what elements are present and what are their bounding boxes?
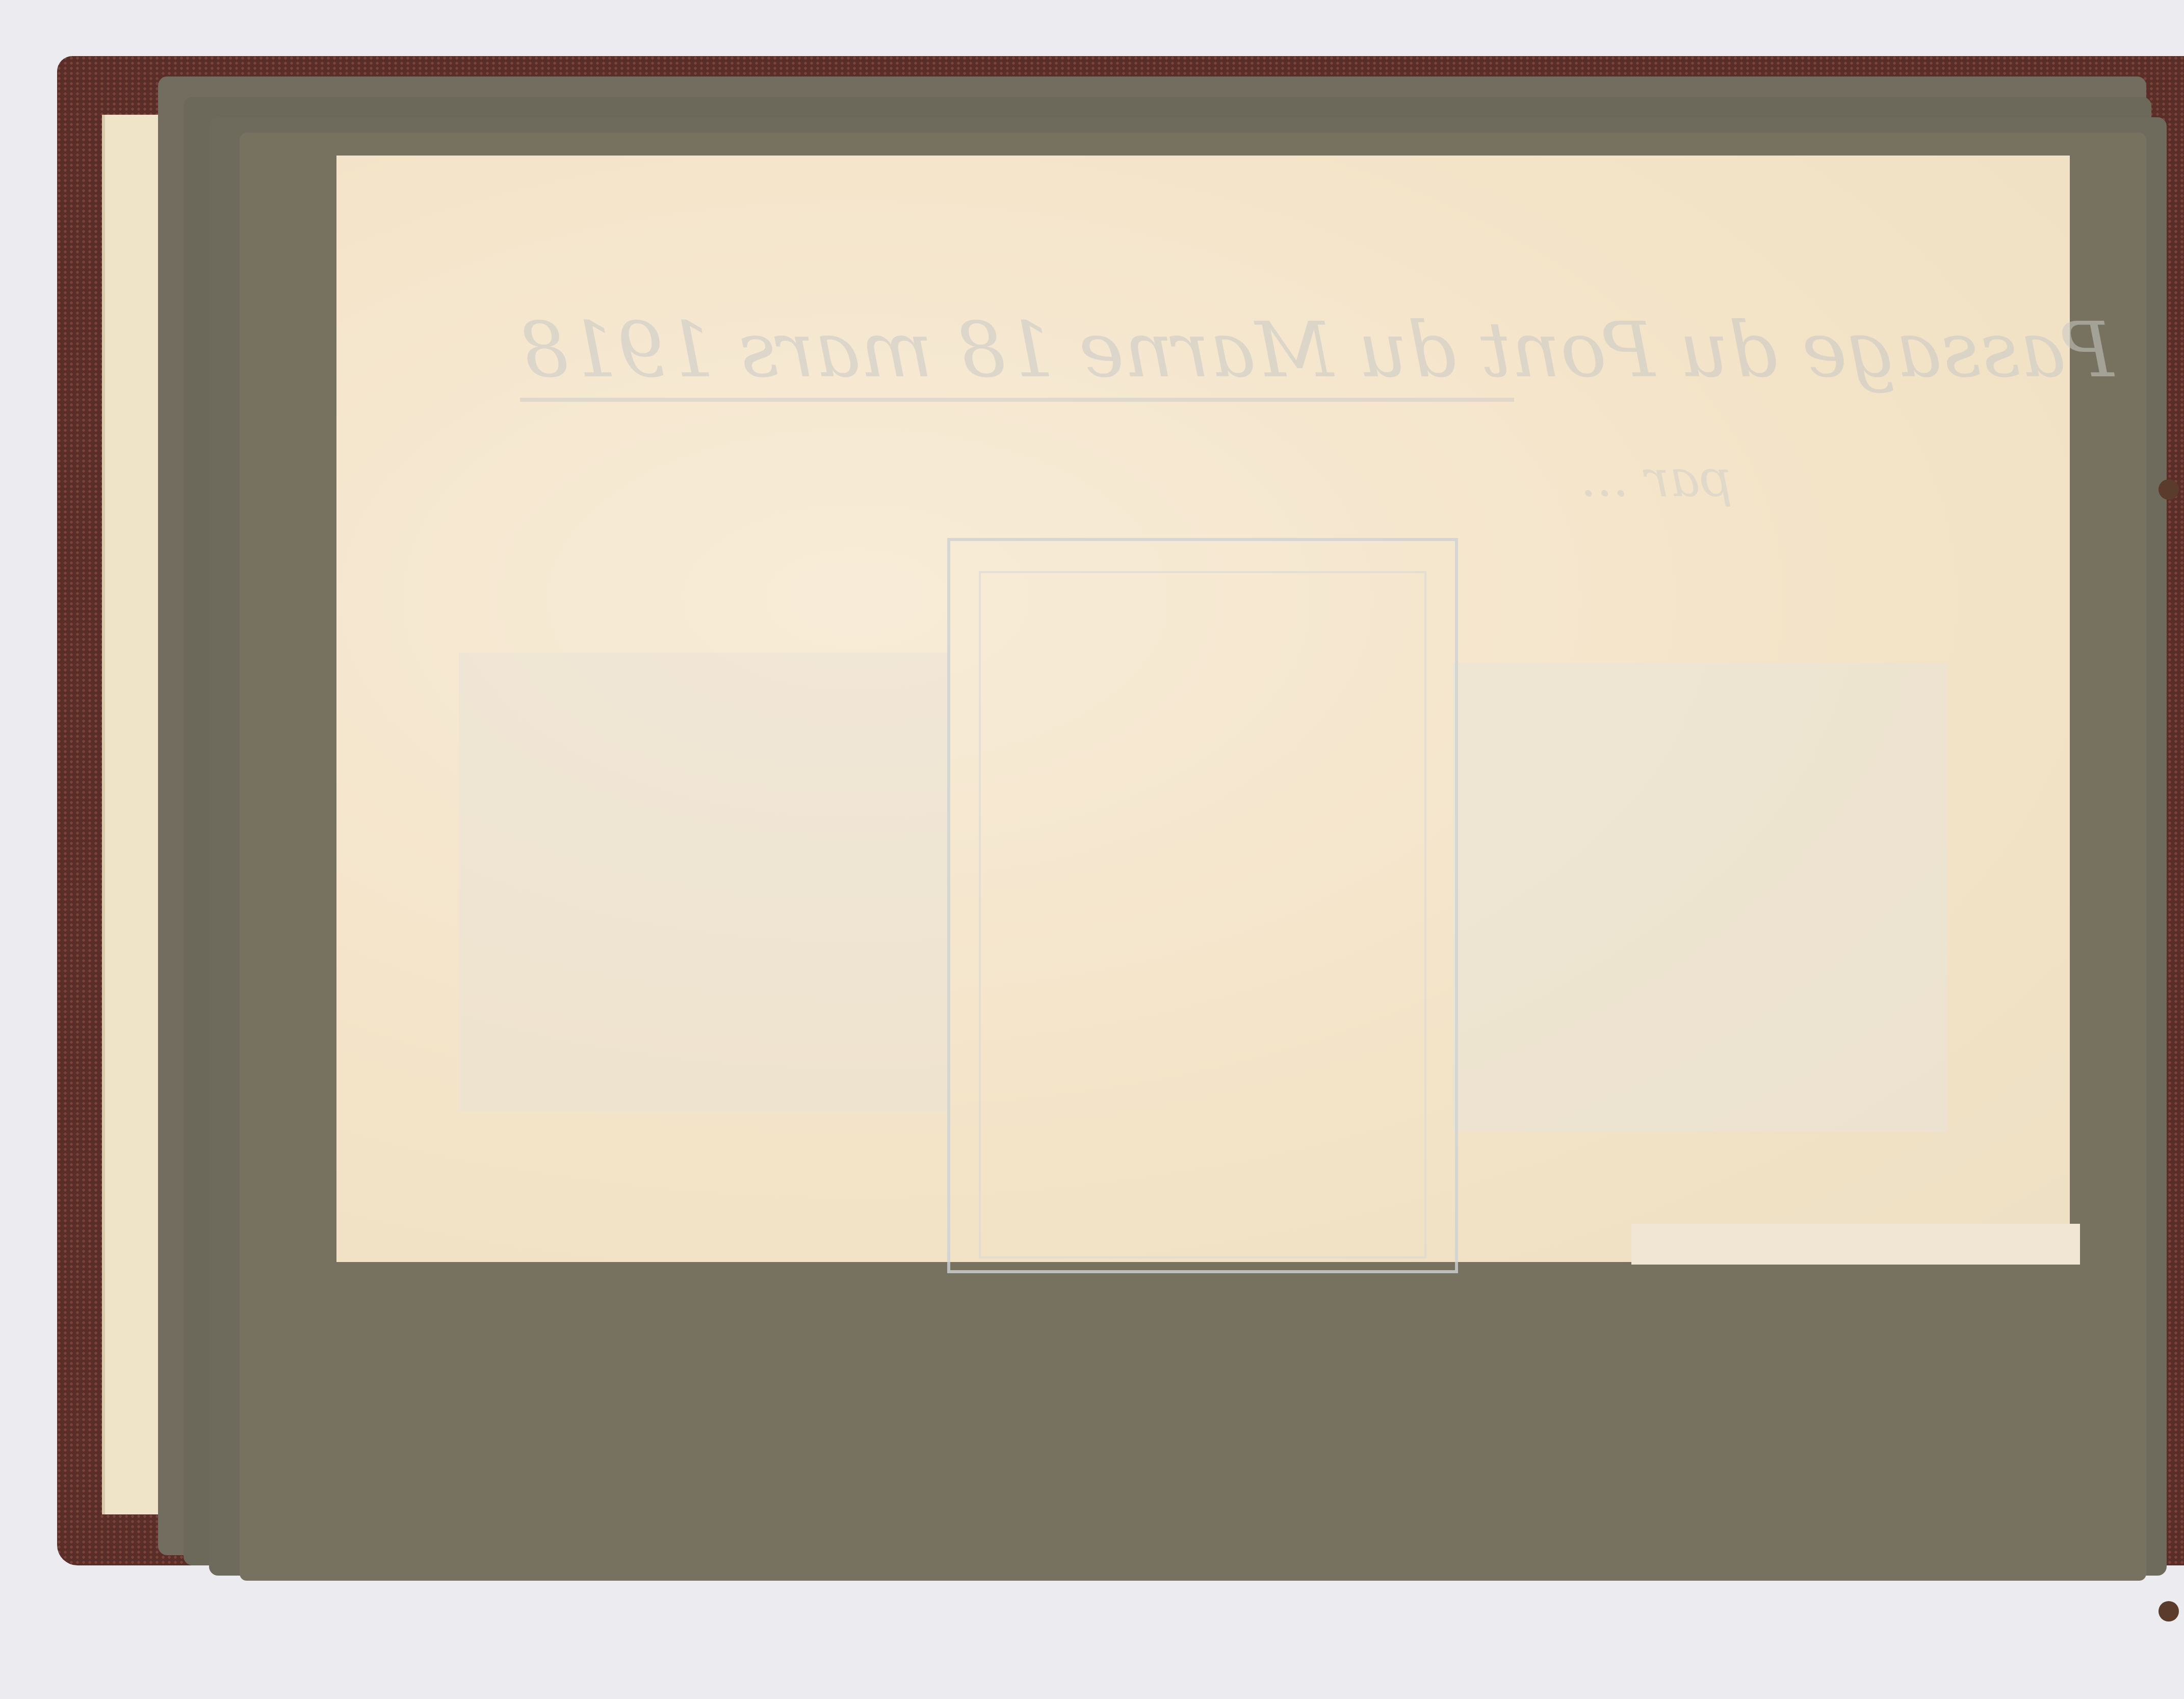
- ghost-subcaption: par ...: [1580, 449, 1733, 508]
- binding-ring-icon: [2159, 479, 2179, 500]
- back-page-edge: [102, 115, 159, 1514]
- ghost-side-text: [403, 337, 433, 1280]
- ghost-photo-left: [459, 653, 948, 1112]
- ghost-caption: Passage du Pont du Marne 18 mars 1918: [520, 306, 2114, 395]
- ghost-photo-right: [1453, 663, 1947, 1132]
- sheet-torn-corner: [1631, 1224, 2080, 1265]
- binding-ring-icon: [2159, 1601, 2179, 1621]
- ghost-photo-inner: [979, 571, 1426, 1258]
- caption-underline: [520, 398, 1514, 402]
